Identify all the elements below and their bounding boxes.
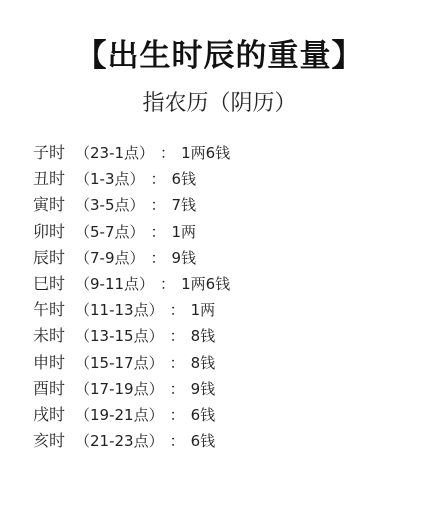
hour-weight: 1两 xyxy=(172,223,197,241)
hour-range: （13-15点） xyxy=(75,323,164,349)
list-item: 酉时（17-19点）：9钱 xyxy=(33,376,230,402)
page-subtitle: 指农历（阴历） xyxy=(0,86,439,117)
page-title: 【出生时辰的重量】 xyxy=(0,30,439,75)
hour-name: 辰时 xyxy=(33,245,75,271)
list-item: 戌时（19-21点）：6钱 xyxy=(33,402,230,428)
list-item: 丑时（1-3点）：6钱 xyxy=(33,166,230,192)
separator: ： xyxy=(170,376,185,402)
hour-weight: 1两 xyxy=(191,301,216,319)
hour-range: （9-11点） xyxy=(75,271,154,297)
separator: ： xyxy=(170,323,185,349)
hour-weight: 1两6钱 xyxy=(181,275,230,293)
list-item: 巳时（9-11点）：1两6钱 xyxy=(33,271,230,297)
hour-name: 申时 xyxy=(33,350,75,376)
list-item: 子时（23-1点）：1两6钱 xyxy=(33,140,230,166)
hour-name: 寅时 xyxy=(33,192,75,218)
hour-range: （1-3点） xyxy=(75,166,145,192)
hour-weight: 1两6钱 xyxy=(181,144,230,162)
separator: ： xyxy=(170,402,185,428)
hour-range: （11-13点） xyxy=(75,297,164,323)
hour-name: 卯时 xyxy=(33,219,75,245)
separator: ： xyxy=(160,271,175,297)
hour-range: （17-19点） xyxy=(75,376,164,402)
hour-weight: 7钱 xyxy=(172,196,197,214)
list-item: 辰时（7-9点）：9钱 xyxy=(33,245,230,271)
separator: ： xyxy=(170,297,185,323)
list-item: 申时（15-17点）：8钱 xyxy=(33,350,230,376)
hour-range: （15-17点） xyxy=(75,350,164,376)
separator: ： xyxy=(170,428,185,454)
list-item: 亥时（21-23点）：6钱 xyxy=(33,428,230,454)
list-item: 未时（13-15点）：8钱 xyxy=(33,323,230,349)
hour-name: 酉时 xyxy=(33,376,75,402)
hour-name: 丑时 xyxy=(33,166,75,192)
hour-range: （23-1点） xyxy=(75,140,154,166)
hour-weight: 9钱 xyxy=(191,380,216,398)
hour-weight: 8钱 xyxy=(191,354,216,372)
separator: ： xyxy=(151,219,166,245)
separator: ： xyxy=(151,166,166,192)
hour-name: 子时 xyxy=(33,140,75,166)
hour-weight-list: 子时（23-1点）：1两6钱 丑时（1-3点）：6钱 寅时（3-5点）：7钱 卯… xyxy=(33,140,230,454)
hour-name: 未时 xyxy=(33,323,75,349)
hour-name: 亥时 xyxy=(33,428,75,454)
hour-range: （7-9点） xyxy=(75,245,145,271)
hour-range: （3-5点） xyxy=(75,192,145,218)
separator: ： xyxy=(151,245,166,271)
list-item: 午时（11-13点）：1两 xyxy=(33,297,230,323)
hour-weight: 6钱 xyxy=(191,432,216,450)
hour-range: （21-23点） xyxy=(75,428,164,454)
hour-weight: 8钱 xyxy=(191,327,216,345)
hour-range: （5-7点） xyxy=(75,219,145,245)
separator: ： xyxy=(160,140,175,166)
hour-name: 戌时 xyxy=(33,402,75,428)
hour-range: （19-21点） xyxy=(75,402,164,428)
list-item: 寅时（3-5点）：7钱 xyxy=(33,192,230,218)
separator: ： xyxy=(151,192,166,218)
hour-name: 午时 xyxy=(33,297,75,323)
hour-name: 巳时 xyxy=(33,271,75,297)
separator: ： xyxy=(170,350,185,376)
list-item: 卯时（5-7点）：1两 xyxy=(33,219,230,245)
hour-weight: 6钱 xyxy=(172,170,197,188)
hour-weight: 6钱 xyxy=(191,406,216,424)
hour-weight: 9钱 xyxy=(172,249,197,267)
